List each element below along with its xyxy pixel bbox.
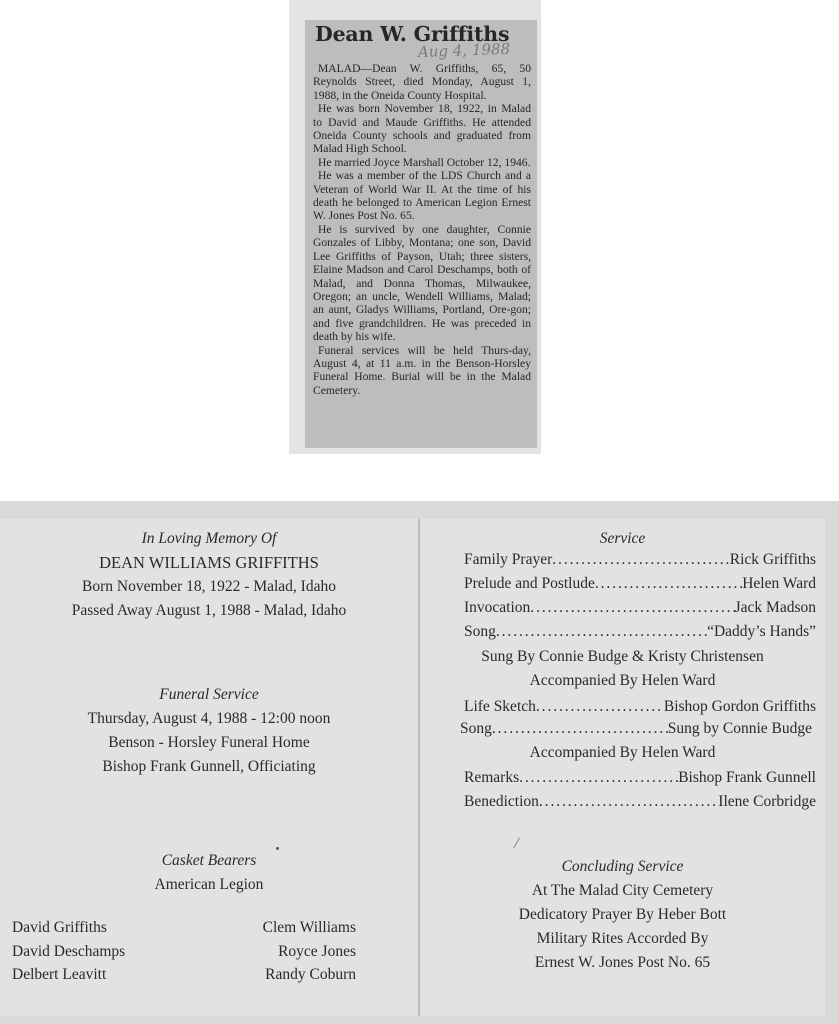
service-item-label: Song xyxy=(460,717,492,741)
service-item-participant: “Daddy’s Hands” xyxy=(707,620,816,644)
service-item: SongSung by Connie Budge xyxy=(460,717,812,741)
casket-bearers-group: American Legion xyxy=(0,873,418,897)
service-item-participant: Ilene Corbridge xyxy=(718,790,816,814)
obituary-paragraph: Funeral services will be held Thurs-day,… xyxy=(313,344,531,398)
dot-leader xyxy=(595,572,742,596)
service-item-label: Remarks xyxy=(464,766,519,790)
bearer-name: David Griffiths xyxy=(12,916,125,940)
service-item-label: Song xyxy=(464,620,496,644)
bearers-right-column: Clem Williams Royce Jones Randy Coburn xyxy=(240,916,356,987)
birth-line: Born November 18, 1922 - Malad, Idaho xyxy=(0,575,418,599)
service-note: Sung By Connie Budge & Kristy Christense… xyxy=(420,645,825,669)
service-item-participant: Bishop Frank Gunnell xyxy=(678,766,816,790)
obituary-paragraph: He was born November 18, 1922, in Malad … xyxy=(313,102,531,156)
obituary-paragraph: MALAD—Dean W. Griffiths, 65, 50 Reynolds… xyxy=(313,62,531,102)
service-item-label: Family Prayer xyxy=(464,548,552,572)
dot-leader xyxy=(539,790,718,814)
bearer-name: Royce Jones xyxy=(240,940,356,964)
paper-speck xyxy=(276,847,279,850)
casket-bearers-heading: Casket Bearers xyxy=(0,849,418,873)
service-item: Song “Daddy’s Hands” xyxy=(464,620,816,644)
concluding-line: Dedicatory Prayer By Heber Bott xyxy=(420,903,825,927)
funeral-location: Benson - Horsley Funeral Home xyxy=(0,731,418,755)
service-item-participant: Sung by Connie Budge xyxy=(668,717,812,741)
service-item: Remarks Bishop Frank Gunnell xyxy=(464,766,816,790)
service-item-label: Benediction xyxy=(464,790,539,814)
service-item: Invocation Jack Madson xyxy=(464,596,816,620)
concluding-line: Military Rites Accorded By xyxy=(420,927,825,951)
dot-leader xyxy=(492,717,668,741)
funeral-heading: Funeral Service xyxy=(0,683,418,707)
obituary-paragraph: He was a member of the LDS Church and a … xyxy=(313,169,531,223)
dot-leader xyxy=(552,548,730,572)
funeral-program: In Loving Memory Of DEAN WILLIAMS GRIFFI… xyxy=(0,501,839,1024)
concluding-line: Ernest W. Jones Post No. 65 xyxy=(420,951,825,975)
pencil-mark xyxy=(513,838,520,849)
concluding-service-section: Concluding Service At The Malad City Cem… xyxy=(420,855,825,975)
service-note: Accompanied By Helen Ward xyxy=(420,669,825,693)
program-left-panel: In Loving Memory Of DEAN WILLIAMS GRIFFI… xyxy=(0,519,418,1016)
memory-section: In Loving Memory Of DEAN WILLIAMS GRIFFI… xyxy=(0,527,418,623)
service-item-label: Life Sketch xyxy=(464,695,536,719)
obituary-paragraph: He is survived by one daughter, Connie G… xyxy=(313,223,531,344)
service-item: Prelude and PostludeHelen Ward xyxy=(464,572,816,596)
death-line: Passed Away August 1, 1988 - Malad, Idah… xyxy=(0,599,418,623)
dot-leader xyxy=(536,695,664,719)
bearer-name: David Deschamps xyxy=(12,940,125,964)
casket-bearers-section: Casket Bearers American Legion xyxy=(0,849,418,897)
service-item-participant: Helen Ward xyxy=(742,572,816,596)
dot-leader xyxy=(496,620,707,644)
obituary-body: MALAD—Dean W. Griffiths, 65, 50 Reynolds… xyxy=(313,62,531,397)
bearer-name: Delbert Leavitt xyxy=(12,963,125,987)
concluding-line: At The Malad City Cemetery xyxy=(420,879,825,903)
bearers-left-column: David Griffiths David Deschamps Delbert … xyxy=(12,916,125,987)
deceased-name: DEAN WILLIAMS GRIFFITHS xyxy=(0,551,418,575)
service-item-label: Invocation xyxy=(464,596,530,620)
service-item-participant: Jack Madson xyxy=(735,596,816,620)
obituary-paragraph: He married Joyce Marshall October 12, 19… xyxy=(313,156,531,169)
funeral-officiant: Bishop Frank Gunnell, Officiating xyxy=(0,755,418,779)
dot-leader xyxy=(530,596,734,620)
concluding-heading: Concluding Service xyxy=(420,855,825,879)
dot-leader xyxy=(519,766,678,790)
service-item: Family PrayerRick Griffiths xyxy=(464,548,816,572)
funeral-date: Thursday, August 4, 1988 - 12:00 noon xyxy=(0,707,418,731)
service-item: Life Sketch Bishop Gordon Griffiths xyxy=(464,695,816,719)
service-item-label: Prelude and Postlude xyxy=(464,572,595,596)
bearer-name: Randy Coburn xyxy=(240,963,356,987)
memory-heading: In Loving Memory Of xyxy=(0,527,418,551)
funeral-service-section: Funeral Service Thursday, August 4, 1988… xyxy=(0,683,418,779)
program-right-panel: Service Family PrayerRick GriffithsPrelu… xyxy=(420,519,825,1016)
service-item-participant: Bishop Gordon Griffiths xyxy=(664,695,816,719)
service-item: Benediction Ilene Corbridge xyxy=(464,790,816,814)
service-note: Accompanied By Helen Ward xyxy=(420,741,825,765)
obituary-clipping: Dean W. Griffiths Aug 4, 1988 MALAD—Dean… xyxy=(305,20,537,448)
service-item-participant: Rick Griffiths xyxy=(730,548,816,572)
handwritten-date: Aug 4, 1988 xyxy=(418,40,531,60)
bearer-name: Clem Williams xyxy=(240,916,356,940)
